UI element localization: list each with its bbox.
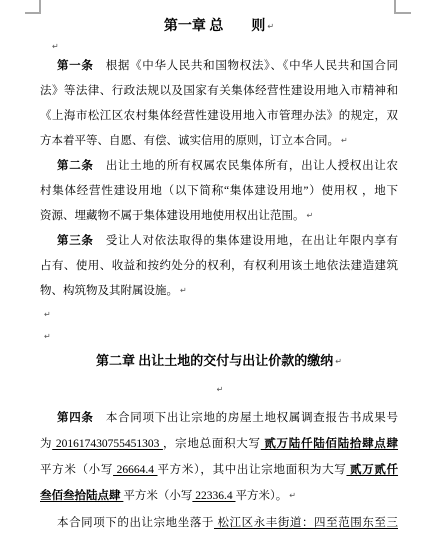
text-run: 资源、埋藏物不属于集体建设用地使用权出让范围。 [40, 210, 305, 222]
text-line: 叁佰叁拾陆点肆 平方米（小写 22336.4 平方米）。↵ [40, 483, 398, 510]
text-run: 方本着平等、自愿、有偿、诚实信用的原则，订立本合同。 [40, 135, 339, 147]
pilcrow-mark-icon: ↵ [307, 203, 314, 228]
text-run: ，宗地总面积大写 [163, 438, 261, 450]
text-line: 本合同项下的出让宗地坐落于 松江区永丰街道：四至范围东至三 [40, 510, 398, 536]
text-line: 第四条 本合同项下出让宗地的房屋土地权属调查报告书成果号 [40, 405, 398, 431]
text-line: 方本着平等、自愿、有偿、诚实信用的原则，订立本合同。↵ [40, 129, 398, 154]
chapter-2-heading: 第二章 出让土地的交付与出让价款的缴纳↵ [40, 348, 398, 375]
pilcrow-mark-icon: ↵ [267, 14, 274, 39]
pilcrow-mark-icon: ↵ [44, 326, 51, 348]
text-run: 平方米）。 [236, 490, 288, 502]
pilcrow-mark-icon: ↵ [180, 278, 187, 303]
text-line: 第二章 出让土地的交付与出让价款的缴纳↵ [40, 348, 398, 375]
text-run: 平方米（小写 [40, 464, 113, 476]
text-line: 第二条 出让土地的所有权属农民集体所有，出让人授权出让农 [40, 154, 398, 179]
text-run: 根据《中华人民共和国物权法》、《中华人民共和国合同 [94, 60, 398, 72]
text-run: 叁佰叁拾陆点肆 [40, 490, 123, 502]
text-line: 第三条 受让人对依法取得的集体建设用地，在出让年限内享有 [40, 229, 398, 254]
text-line: 资源、埋藏物不属于集体建设用地使用权出让范围。↵ [40, 204, 398, 229]
text-run: 第四条 [57, 412, 94, 424]
chapter-1-heading: 第一章 总 则↵ [40, 14, 398, 40]
text-run: 贰万陆仟陆佰陆拾肆点肆 [261, 438, 398, 450]
text-run: 村集体经营性建设用地（以下简称“集体建设用地”）使用权 ，地下 [40, 185, 398, 197]
pilcrow-mark-icon: ↵ [335, 349, 342, 374]
text-line: 物、构筑物及其附属设施。↵ [40, 279, 398, 304]
document-content: 第一章 总 则↵↵第一条 根据《中华人民共和国物权法》、《中华人民共和国合同法》… [40, 14, 398, 536]
text-line: ↵ [40, 40, 398, 55]
blank-paragraph: ↵ [40, 304, 398, 326]
margin-crop-mark-left-horizontal [25, 12, 41, 14]
text-run: 出让土地的所有权属农民集体所有，出让人授权出让农 [94, 160, 398, 172]
article-1-paragraph: 第一条 根据《中华人民共和国物权法》、《中华人民共和国合同法》等法律、行政法规以… [40, 54, 398, 154]
text-run: 第二条 [57, 160, 94, 172]
text-run: 贰万贰仟 [346, 464, 398, 476]
text-line: 村集体经营性建设用地（以下简称“集体建设用地”）使用权 ，地下 [40, 179, 398, 204]
text-line: ↵ [40, 326, 398, 349]
text-line: 第一条 根据《中华人民共和国物权法》、《中华人民共和国合同 [40, 54, 398, 79]
text-line: ↵ [40, 304, 398, 327]
article-4-paragraph: 第四条 本合同项下出让宗地的房屋土地权属调查报告书成果号为 2016174307… [40, 405, 398, 510]
text-run: 占有、使用、收益和按约处分的权利，有权利用该土地依法建造建筑 [40, 260, 398, 272]
text-line: 法》等法律、行政法规以及国家有关集体经营性建设用地入市精神和 [40, 79, 398, 104]
text-line: 平方米（小写 26664.4 平方米），其中出让宗地面积为大写 贰万贰仟 [40, 457, 398, 483]
text-run: 本合同项下的出让宗地坐落于 [57, 517, 214, 529]
text-run: 本合同项下出让宗地的房屋土地权属调查报告书成果号 [94, 412, 398, 424]
text-line: 占有、使用、收益和按约处分的权利，有权利用该土地依法建造建筑 [40, 254, 398, 279]
pilcrow-mark-icon: ↵ [341, 128, 348, 153]
article-2-paragraph: 第二条 出让土地的所有权属农民集体所有，出让人授权出让农村集体经营性建设用地（以… [40, 154, 398, 229]
text-run: 受让人对依法取得的集体建设用地，在出让年限内享有 [94, 235, 398, 247]
blank-paragraph: ↵ [40, 375, 398, 405]
text-run: 201617430755451303 [52, 438, 163, 450]
text-run: 26664.4 [113, 464, 157, 476]
document-page: 第一章 总 则↵↵第一条 根据《中华人民共和国物权法》、《中华人民共和国合同法》… [0, 0, 422, 545]
text-line: 《上海市松江区农村集体经营性建设用地入市管理办法》的规定，双 [40, 104, 398, 129]
pilcrow-mark-icon: ↵ [44, 304, 51, 326]
pilcrow-mark-icon: ↵ [52, 40, 59, 54]
text-run: 《上海市松江区农村集体经营性建设用地入市管理办法》的规定，双 [40, 110, 398, 122]
text-run: 第二章 出让土地的交付与出让价款的缴纳 [96, 353, 333, 368]
text-run: 物、构筑物及其附属设施。 [40, 285, 178, 297]
text-line: 第一章 总 则↵ [40, 14, 398, 40]
article-3-paragraph: 第三条 受让人对依法取得的集体建设用地，在出让年限内享有占有、使用、收益和按约处… [40, 229, 398, 304]
text-run: 法》等法律、行政法规以及国家有关集体经营性建设用地入市精神和 [40, 85, 398, 97]
text-line: 为 201617430755451303 ，宗地总面积大写 贰万陆仟陆佰陆拾肆点… [40, 431, 398, 457]
text-run: 松江区永丰街道：四至范围东至三 [214, 517, 398, 529]
text-run: 22336.4 [192, 490, 235, 502]
text-run: 第一章 总 则 [164, 19, 266, 34]
pilcrow-mark-icon: ↵ [289, 483, 296, 509]
parcel-location-paragraph: 本合同项下的出让宗地坐落于 松江区永丰街道：四至范围东至三 [40, 510, 398, 536]
blank-paragraph: ↵ [40, 40, 398, 54]
text-run: 平方米），其中出让宗地面积为大写 [158, 464, 347, 476]
text-run: 第三条 [57, 235, 94, 247]
blank-paragraph: ↵ [40, 326, 398, 348]
text-run: 平方米（小写 [123, 490, 192, 502]
pilcrow-mark-icon: ↵ [217, 375, 224, 405]
text-run: 为 [40, 438, 52, 450]
text-line: ↵ [40, 375, 398, 406]
text-run: 第一条 [57, 60, 94, 72]
